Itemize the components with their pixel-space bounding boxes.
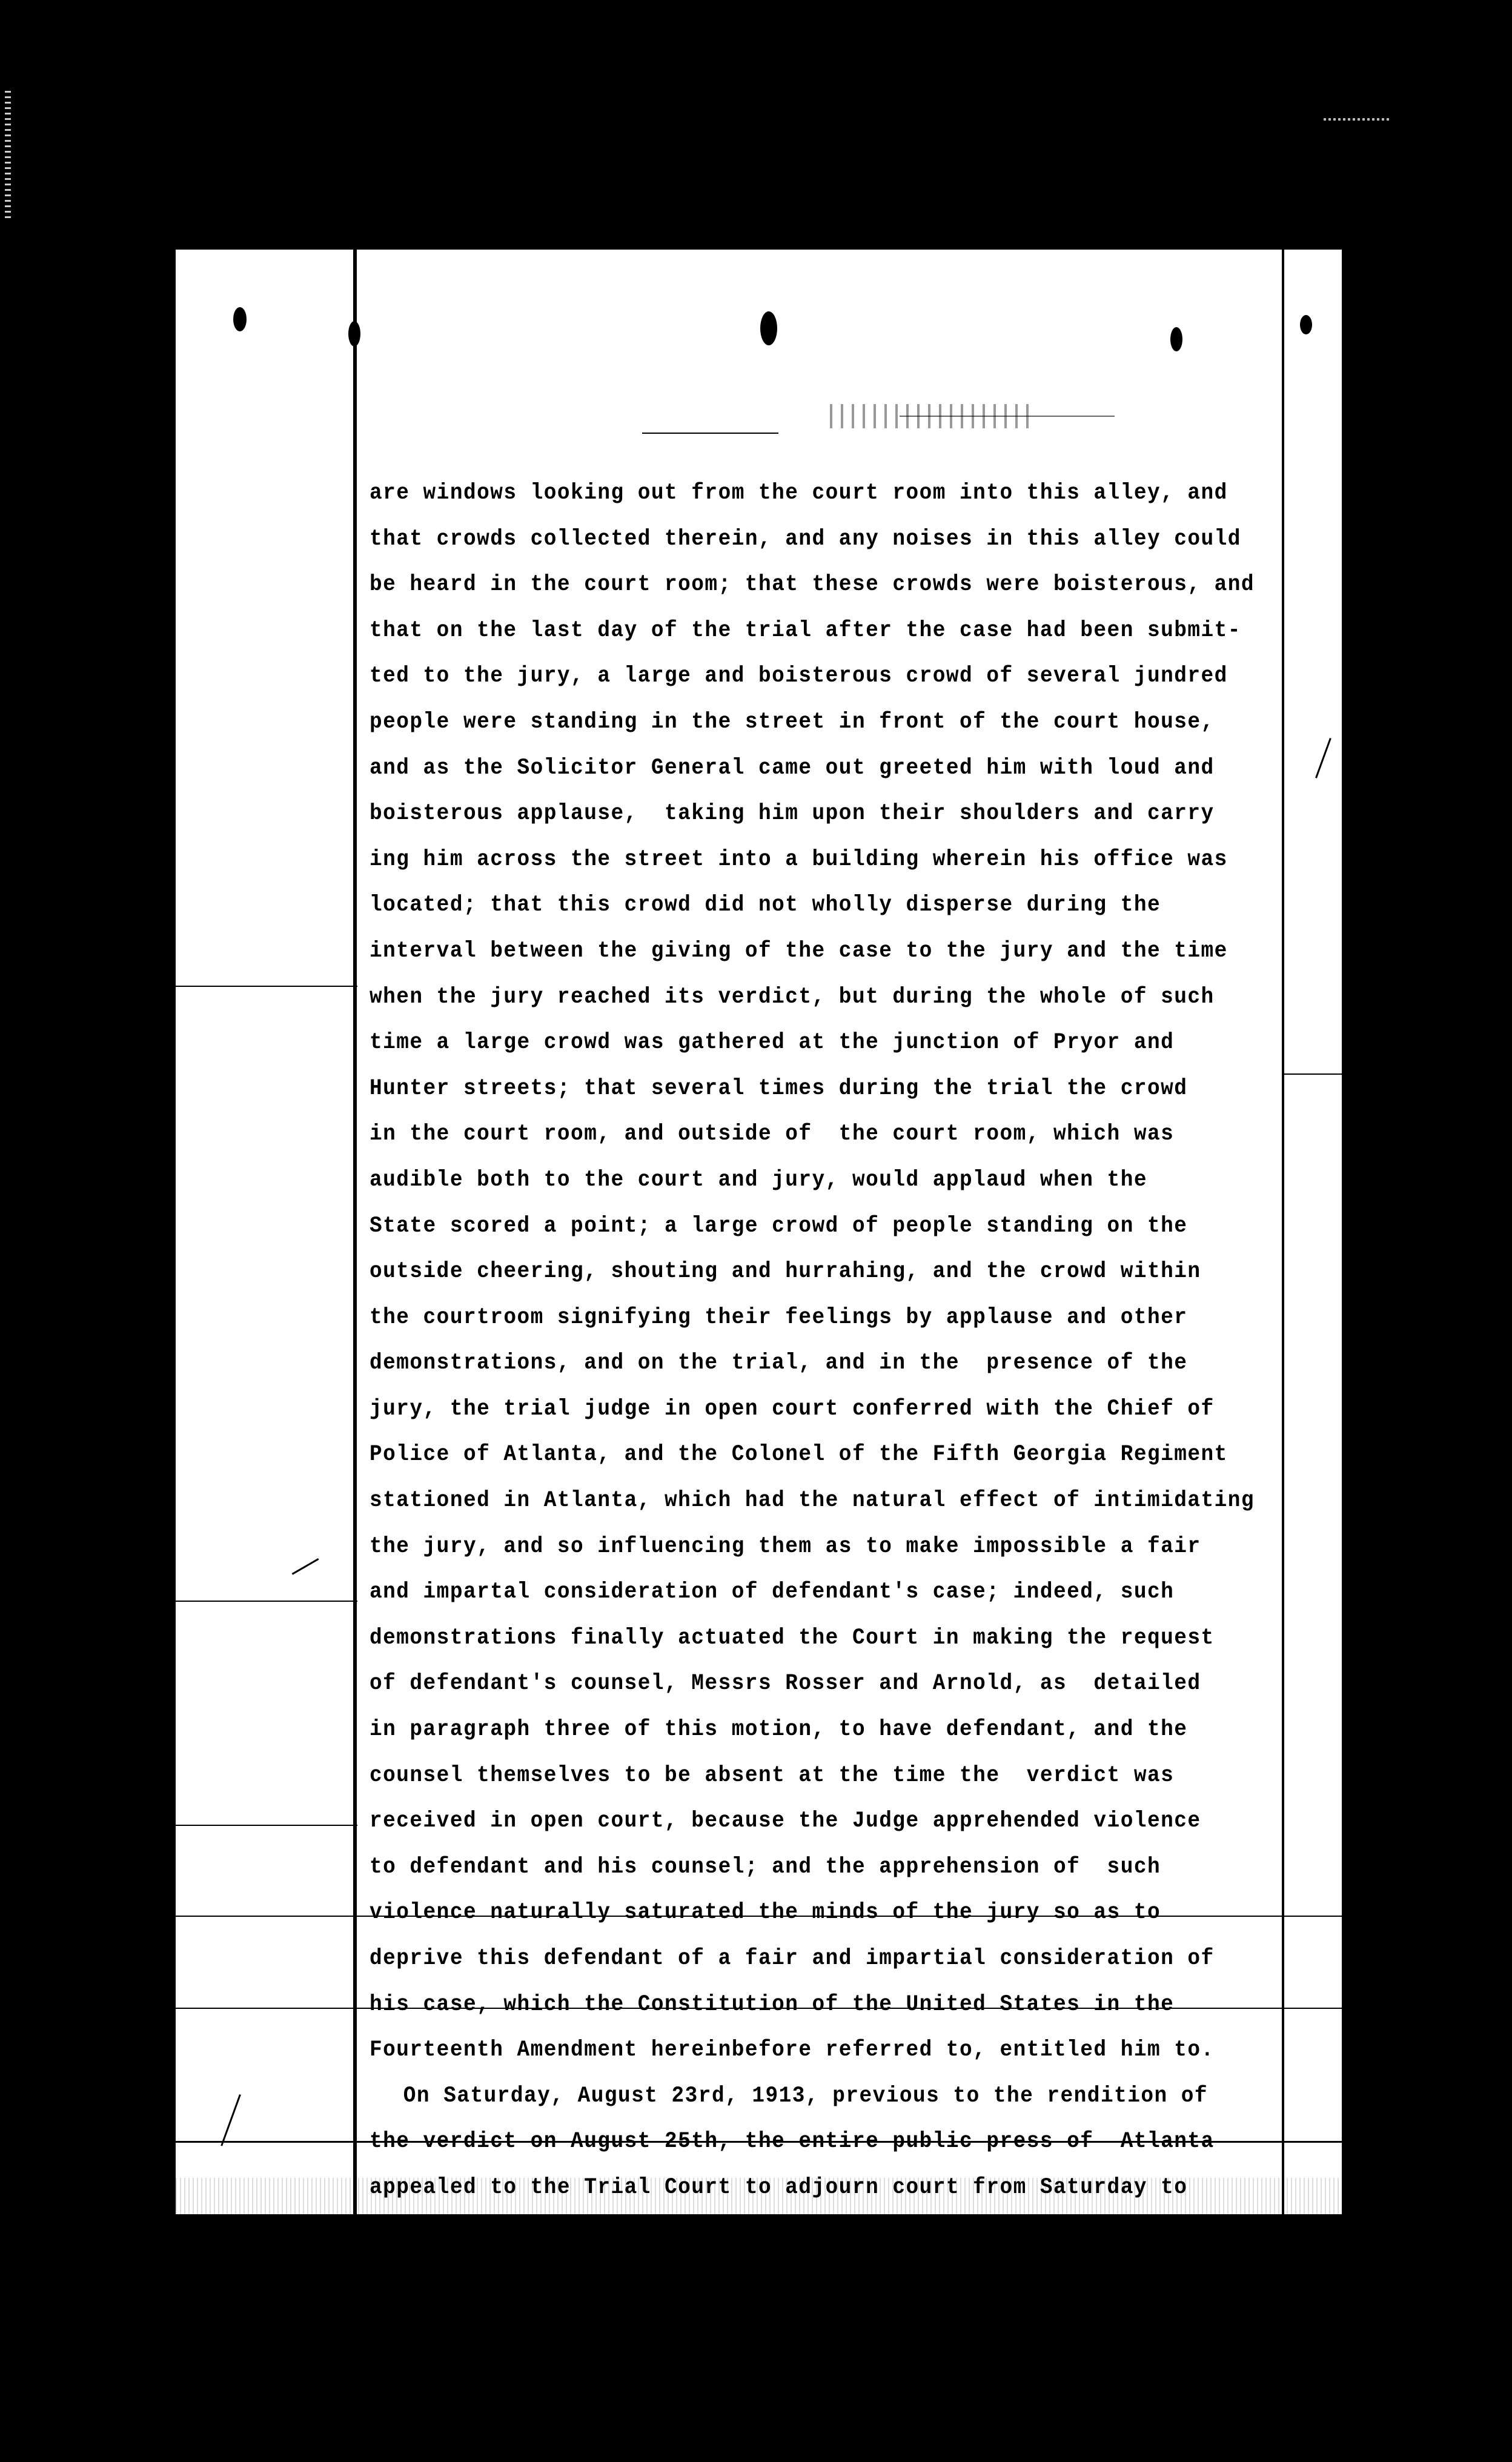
text-line: be heard in the court room; that these c… [370,562,1248,608]
text-line: interval between the giving of the case … [370,929,1248,975]
text-line: that on the last day of the trial after … [370,608,1248,654]
text-line: are windows looking out from the court r… [370,471,1248,517]
text-line: boisterous applause, taking him upon the… [370,791,1248,837]
text-line: jury, the trial judge in open court conf… [370,1387,1248,1433]
text-line: Fourteenth Amendment hereinbefore referr… [370,2028,1248,2074]
margin-rule [176,986,357,987]
text-line: in the court room, and outside of the co… [370,1112,1248,1158]
text-line: in paragraph three of this motion, to ha… [370,1707,1248,1753]
text-line: of defendant's counsel, Messrs Rosser an… [370,1661,1248,1707]
pen-mark [1315,738,1331,778]
text-line: demonstrations, and on the trial, and in… [370,1341,1248,1387]
text-line: outside cheering, shouting and hurrahing… [370,1249,1248,1295]
text-line: and impartal consideration of defendant'… [370,1570,1248,1616]
top-rule [900,416,1115,417]
margin-rule [176,1601,357,1602]
text-line: located; that this crowd did not wholly … [370,883,1248,929]
text-line: demonstrations finally actuated the Cour… [370,1616,1248,1662]
text-line: the courtroom signifying their feelings … [370,1295,1248,1341]
typewritten-text-block: are windows looking out from the court r… [370,471,1315,2211]
punch-hole-icon [1170,327,1182,351]
text-line: deprive this defendant of a fair and imp… [370,1936,1248,1982]
text-line: State scored a point; a large crowd of p… [370,1204,1248,1250]
text-line: the verdict on August 25th, the entire p… [370,2119,1248,2165]
text-line: time a large crowd was gathered at the j… [370,1020,1248,1066]
punch-hole-icon [233,307,247,331]
text-line: audible both to the court and jury, woul… [370,1158,1248,1204]
text-line: ing him across the street into a buildin… [370,837,1248,883]
text-line: that crowds collected therein, and any n… [370,517,1248,563]
text-line: violence naturally saturated the minds o… [370,1890,1248,1936]
text-line-paragraph-start: On Saturday, August 23rd, 1913, previous… [370,2074,1248,2120]
margin-rule [176,1825,357,1826]
text-line: when the jury reached its verdict, but d… [370,975,1248,1021]
top-rule [642,433,778,434]
text-line: stationed in Atlanta, which had the natu… [370,1478,1248,1524]
text-line: to defendant and his counsel; and the ap… [370,1845,1248,1891]
pen-mark [220,2094,241,2146]
film-edge-noise-right [1324,118,1390,121]
punch-hole-icon [1300,315,1312,334]
left-margin-line [353,250,357,2214]
text-line: ted to the jury, a large and boisterous … [370,654,1248,700]
text-line: counsel themselves to be absent at the t… [370,1753,1248,1799]
text-line: received in open court, because the Judg… [370,1799,1248,1845]
film-edge-noise-left [5,91,11,218]
text-line: his case, which the Constitution of the … [370,1982,1248,2028]
punch-hole-icon [760,311,777,345]
text-line: Hunter streets; that several times durin… [370,1066,1248,1112]
punch-hole-icon [348,321,360,347]
pen-mark [292,1558,319,1575]
text-line: the jury, and so influencing them as to … [370,1524,1248,1570]
text-line: people were standing in the street in fr… [370,700,1248,746]
text-line: and as the Solicitor General came out gr… [370,746,1248,792]
text-line: appealed to the Trial Court to adjourn c… [370,2165,1248,2211]
text-line: Police of Atlanta, and the Colonel of th… [370,1432,1248,1478]
document-page: are windows looking out from the court r… [176,250,1342,2214]
